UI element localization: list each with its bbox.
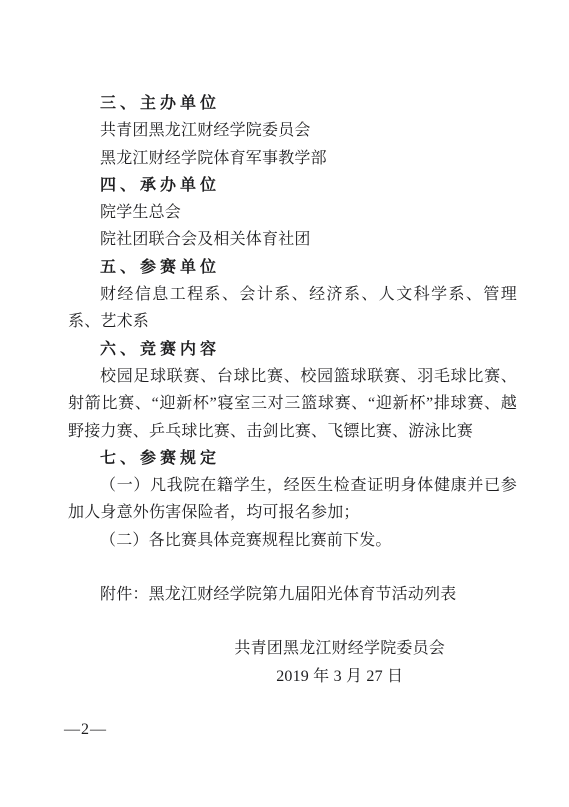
signature-block: 共青团黑龙江财经学院委员会 2019 年 3 月 27 日	[234, 635, 445, 690]
body-line: 黑龙江财经学院体育军事教学部	[68, 145, 517, 172]
section-heading-events: 六、竞赛内容	[68, 336, 517, 363]
signature-date: 2019 年 3 月 27 日	[234, 663, 445, 690]
paragraph-participant-units: 财经信息工程系、会计系、经济系、人文科学系、管理系、艺术系	[68, 281, 517, 336]
section-heading-rules: 七、参赛规定	[68, 445, 517, 472]
section-heading-participants: 五、参赛单位	[68, 254, 517, 281]
paragraph-event-list: 校园足球联赛、台球比赛、校园篮球联赛、羽毛球比赛、射箭比赛、“迎新杯”寝室三对三…	[68, 363, 517, 445]
paragraph-rule-2: （二）各比赛具体竞赛规程比赛前下发。	[68, 527, 517, 554]
body-line: 院社团联合会及相关体育社团	[68, 226, 517, 253]
body-line: 院学生总会	[68, 199, 517, 226]
body-line: 共青团黑龙江财经学院委员会	[68, 117, 517, 144]
page-number: —2—	[64, 721, 107, 739]
signature-org: 共青团黑龙江财经学院委员会	[234, 635, 445, 662]
document-page: 三、主办单位 共青团黑龙江财经学院委员会 黑龙江财经学院体育军事教学部 四、承办…	[0, 0, 569, 807]
section-heading-organizer: 三、主办单位	[68, 90, 517, 117]
section-heading-undertaker: 四、承办单位	[68, 172, 517, 199]
document-body: 三、主办单位 共青团黑龙江财经学院委员会 黑龙江财经学院体育军事教学部 四、承办…	[0, 0, 569, 690]
paragraph-rule-1: （一）凡我院在籍学生，经医生检查证明身体健康并已参加人身意外伤害保险者，均可报名…	[68, 472, 517, 527]
attachment-line: 附件：黑龙江财经学院第九届阳光体育节活动列表	[68, 581, 517, 608]
